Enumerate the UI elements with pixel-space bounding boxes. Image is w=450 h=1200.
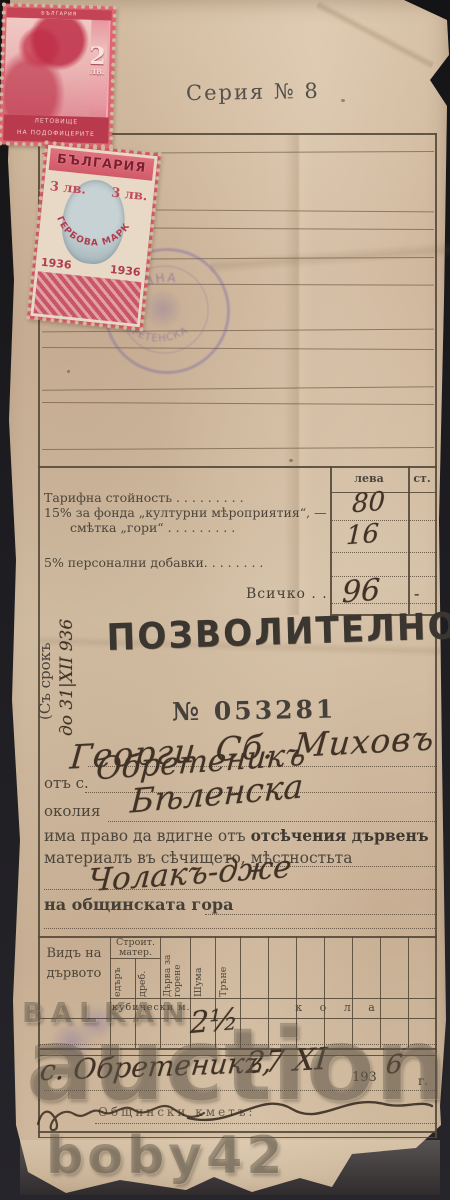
photo-background: Серия № 8 лева ст. Тарифна стойность . .… <box>0 0 450 1200</box>
write-in-line <box>44 889 437 890</box>
write-in-line <box>205 914 437 915</box>
stamp-bottom-caption: ЛЕТОВИЩЕ НА ПОДОФИЦЕРИТЕ <box>3 115 109 144</box>
forest-label: на общинската гора <box>44 895 233 914</box>
validity-printed-text: (Съ срокъ <box>36 600 54 720</box>
revenue-stamp-year-right: 1936 <box>109 263 141 279</box>
fee-total-label: Всичко . . <box>246 586 328 602</box>
wood-col <box>268 936 269 1048</box>
stamp-denomination: 2ЛВ. <box>86 44 109 77</box>
fee-header-st: ст. <box>408 472 436 485</box>
fee-total-handwritten: 96 <box>341 573 380 611</box>
wood-col <box>296 936 297 1048</box>
revenue-arc-label: ГЕРБОВА МАРКА <box>41 207 134 253</box>
wood-col-header-small: дреб. <box>137 960 148 997</box>
grant-text-regular: има право да вдигне отъ <box>44 827 251 845</box>
stamp-caption-line2: НА ПОДОФИЦЕРИТЕ <box>3 127 108 142</box>
wood-table-top <box>38 936 437 938</box>
fee-row-label: смѣтка „гори“ . . . . . . . . . <box>70 520 235 535</box>
fee-row-label: 15% за фонда „културни мѣроприятия“, — <box>44 505 327 520</box>
revenue-stamp-country: БЪЛГАРИЯ <box>49 148 155 181</box>
revenue-stamp-ornament <box>34 271 142 324</box>
grant-text-line1: има право да вдигне отъ отсѣчения дървен… <box>44 826 429 845</box>
fee-header-leva: лева <box>330 472 408 485</box>
wood-quantity-handwritten: 2½ <box>190 1002 239 1041</box>
write-in-line <box>108 821 437 822</box>
wood-unit-cubic-label: кубически м. <box>112 1002 191 1013</box>
fee-cents-handwritten: - <box>414 584 419 603</box>
permit-number: № 053281 <box>172 695 337 727</box>
series-heading: Серия № 8 <box>186 79 320 105</box>
table-top-dotted-line <box>44 928 437 929</box>
wood-construction-header: Строит. матер. <box>111 938 160 959</box>
wood-col-header-thorns: Тръне <box>218 939 229 997</box>
stamp-landscape-art <box>4 18 92 117</box>
footer-date-handwritten: 27 XI <box>245 1042 329 1081</box>
paper-stain <box>67 370 70 373</box>
wood-col <box>160 936 161 1048</box>
district-label: околия <box>44 802 100 820</box>
revenue-stamp-year-left: 1936 <box>40 256 72 272</box>
wood-col-header-leaves: Шума <box>193 939 204 997</box>
validity-handwritten-date: до 31|XII 936 <box>57 578 77 736</box>
fee-row-label: Тарифна стойность . . . . . . . . . <box>44 490 244 505</box>
wood-col <box>408 936 409 1048</box>
fee-value-handwritten: 80 <box>352 487 386 519</box>
wood-col <box>380 936 381 1048</box>
fee-row-label: 5% персонални добавки. . . . . . . . <box>44 555 263 570</box>
paper-stain <box>289 459 293 462</box>
village-label: отъ с. <box>44 774 89 792</box>
grant-text-bold: отсѣчения дървенъ <box>251 826 429 845</box>
footer-year-handwritten: 6 <box>385 1049 404 1080</box>
postage-stamp-2lv: БЪЛГАРИЯ 2ЛВ. ЛЕТОВИЩЕ НА ПОДОФИЦЕРИТЕ <box>0 3 116 147</box>
fee-value-handwritten: 16 <box>346 519 380 551</box>
paper-stain <box>341 99 345 102</box>
wood-unit-cart-label: к о л а <box>240 1001 437 1014</box>
fee-table-top-line <box>38 466 437 468</box>
wood-col <box>352 936 353 1048</box>
revenue-stamp-3lv-1936: БЪЛГАРИЯ 3 лв. 3 лв. ГЕРБОВА МАРКА 1936 … <box>27 141 161 330</box>
fee-col-divider <box>408 466 410 614</box>
fee-col-divider <box>330 466 332 614</box>
mayor-signature <box>28 1082 440 1136</box>
wood-type-header: Видъ на дървото <box>40 944 108 984</box>
wood-col <box>240 936 241 1048</box>
wood-col-header-big: едъръ <box>112 960 123 997</box>
frame-bottom-outer <box>38 1137 437 1138</box>
wood-col-header-firewood: Дърва за горене <box>163 939 183 997</box>
wood-col <box>324 936 325 1048</box>
stamp-value: 2 <box>89 41 107 70</box>
seal-ink-residue <box>84 1000 110 1046</box>
svg-text:ГЕРБОВА МАРКА: ГЕРБОВА МАРКА <box>41 207 134 253</box>
fee-row-dotted <box>330 552 437 553</box>
wood-unit-row-top <box>110 998 437 999</box>
revenue-stamp-value-left: 3 лв. <box>49 179 87 198</box>
